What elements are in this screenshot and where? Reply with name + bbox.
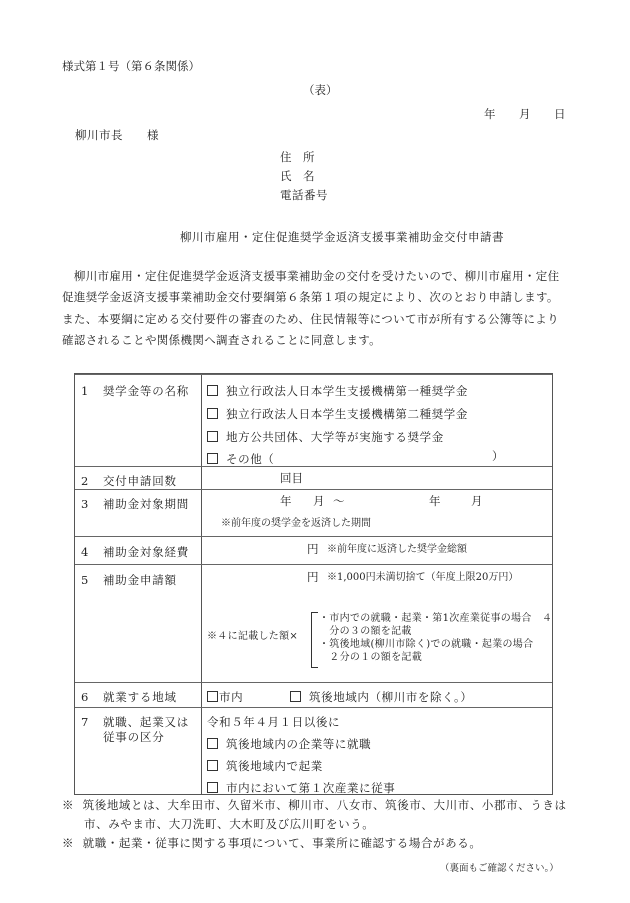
checkbox[interactable] [207, 782, 218, 793]
row-label: 6就業する地域 [81, 689, 177, 705]
row-label: 7就職、起業又は [81, 714, 189, 730]
checkbox[interactable] [207, 691, 218, 702]
period-year2: 年 [429, 496, 441, 508]
option-other[interactable]: その他（ [207, 451, 274, 467]
other-close-paren: ） [492, 451, 504, 463]
checkbox[interactable] [290, 691, 301, 702]
period-note: ※前年度の奨学金を返済した期間 [221, 519, 371, 529]
category-intro: 令和５年４月１日以後に [207, 714, 340, 730]
row-label: 3補助金対象期間 [81, 496, 189, 512]
address-label: 住 所 [280, 152, 315, 164]
row-label: 5補助金申請額 [81, 572, 177, 588]
checkbox[interactable] [207, 760, 218, 771]
calc-rule: ・市内での就職・起業・第1次産業従事の場合 ４ [319, 614, 552, 624]
form-number: 様式第１号（第６条関係） [62, 61, 200, 73]
checkbox[interactable] [207, 431, 218, 442]
name-label: 氏 名 [280, 171, 315, 183]
row-scholarship-name: 1奨学金等の名称 独立行政法人日本学生支援機構第一種奨学金 独立行政法人日本学生… [75, 374, 552, 467]
option-employment[interactable]: 筑後地域内の企業等に就職 [207, 736, 371, 752]
option-chikugo-area[interactable]: 筑後地域内（柳川市を除く。） [290, 689, 472, 705]
expenses-note: ※前年度に返済した奨学金総額 [327, 545, 467, 555]
option-jasso-type1[interactable]: 独立行政法人日本学生支援機構第一種奨学金 [207, 383, 468, 399]
intro-line: また、本要綱に定める交付要件の審査のため、住民情報等について市が所有する公簿等に… [62, 309, 582, 330]
row-requested-amount: 5補助金申請額 円 ※1,000円未満切捨て（年度上限20万円） ※４に記載した… [75, 564, 552, 683]
honorific: 様 [147, 130, 159, 142]
addressee: 柳川市長 [75, 130, 123, 142]
yen-unit: 円 [307, 544, 319, 556]
footnote-verification: ※ 就職・起業・従事に関する事項について、事業所に確認する場合がある。 [62, 838, 481, 850]
date-month-label: 月 [519, 109, 531, 121]
option-primary-industry[interactable]: 市内において第１次産業に従事 [207, 780, 395, 796]
bracket-icon [311, 612, 318, 668]
calc-rule: 分の３の額を記載 [319, 627, 412, 637]
option-in-city[interactable]: 市内 [207, 689, 243, 705]
calc-label: ※４に記載した額× [207, 632, 298, 642]
amount-note: ※1,000円未満切捨て（年度上限20万円） [327, 573, 518, 583]
side-label: （表） [303, 85, 338, 97]
row-label-line2: 従事の区分 [103, 729, 165, 745]
period-year1: 年 [280, 496, 292, 508]
row-label: 2交付申請回数 [81, 473, 177, 489]
row-work-area: 6就業する地域 市内 筑後地域内（柳川市を除く。） [75, 682, 552, 708]
calc-rule: ・筑後地域(柳川市除く)での就職・起業の場合 [319, 640, 533, 650]
calc-rule: ２分の１の額を記載 [319, 653, 422, 663]
document-title: 柳川市雇用・定住促進奨学金返済支援事業補助金交付申請書 [180, 232, 504, 244]
checkbox[interactable] [207, 408, 218, 419]
phone-label: 電話番号 [280, 190, 328, 202]
checkbox[interactable] [207, 385, 218, 396]
row-label: 4補助金対象経費 [81, 544, 189, 560]
option-startup[interactable]: 筑後地域内で起業 [207, 758, 323, 774]
checkbox[interactable] [207, 453, 218, 464]
date-year-label: 年 [484, 109, 496, 121]
intro-line: 確認されることや関係機関へ調査されることに同意します。 [62, 330, 582, 351]
intro-line: 促進奨学金返済支援事業補助金交付要綱第６条第１項の規定により、次のとおり申請しま… [62, 287, 582, 308]
footnote-chikugo-definition: ※ 筑後地域とは、大牟田市、久留米市、柳川市、八女市、筑後市、大川市、小郡市、う… [62, 800, 567, 812]
checkbox[interactable] [207, 738, 218, 749]
date-day-label: 日 [554, 109, 566, 121]
back-side-note: （裏面もご確認ください。） [440, 864, 559, 874]
row-employment-category: 7就職、起業又は 従事の区分 令和５年４月１日以後に 筑後地域内の企業等に就職 … [75, 707, 552, 796]
intro-line: 柳川市雇用・定住促進奨学金返済支援事業補助金の交付を受けたいので、柳川市雇用・定… [62, 266, 582, 287]
count-unit: 回目 [280, 473, 303, 485]
footnote-chikugo-definition-cont: 市、みやま市、大刀洗町、大木町及び広川町をいう。 [84, 819, 374, 831]
option-local-university[interactable]: 地方公共団体、大学等が実施する奨学金 [207, 429, 444, 445]
period-month2: 月 [471, 496, 483, 508]
row-label: 1奨学金等の名称 [81, 383, 189, 399]
row-eligible-expenses: 4補助金対象経費 円 ※前年度に返済した奨学金総額 [75, 536, 552, 565]
period-month1: 月 [313, 496, 325, 508]
yen-unit: 円 [307, 572, 319, 584]
row-application-count: 2交付申請回数 回目 [75, 466, 552, 490]
intro-paragraph: 柳川市雇用・定住促進奨学金返済支援事業補助金の交付を受けたいので、柳川市雇用・定… [62, 266, 582, 351]
application-table: 1奨学金等の名称 独立行政法人日本学生支援機構第一種奨学金 独立行政法人日本学生… [74, 373, 553, 795]
row-subsidy-period: 3補助金対象期間 年 月 ～ 年 月 ※前年度の奨学金を返済した期間 [75, 489, 552, 537]
option-jasso-type2[interactable]: 独立行政法人日本学生支援機構第二種奨学金 [207, 406, 468, 422]
period-tilde: ～ [333, 496, 345, 508]
